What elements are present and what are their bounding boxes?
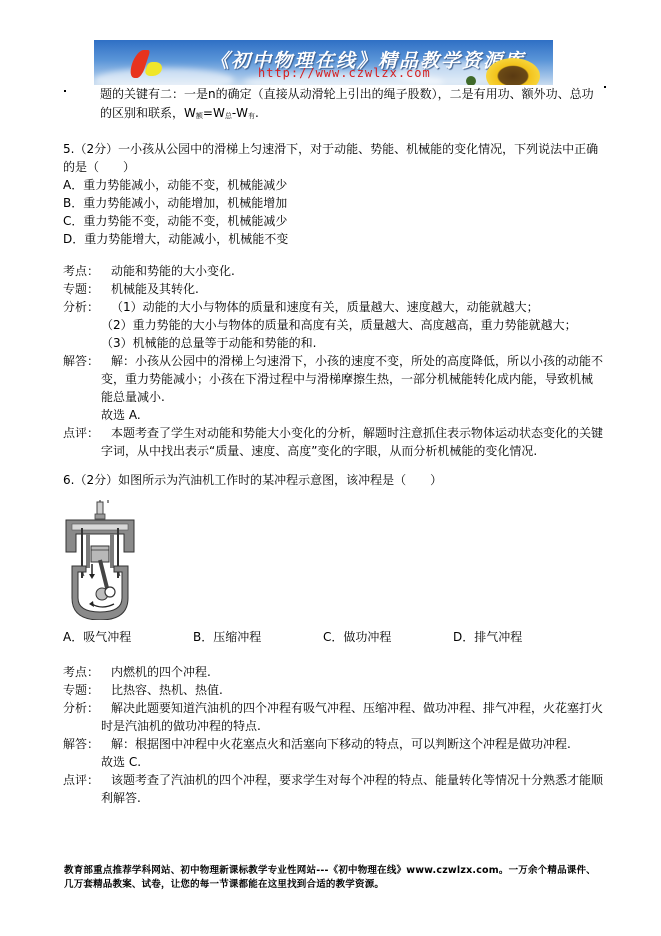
stray-dot [64,90,66,92]
q6-fenxi: 分析：解决此题要知道汽油机的四个冲程有吸气冲程、压缩冲程、做功冲程、排气冲程，火… [63,700,603,717]
kaodian-label: 考点： [63,263,111,280]
q5-dianping: 点评：本题考查了学生对动能和势能大小变化的分析，解题时注意抓住表示物体运动状态变… [63,425,603,442]
q6-option-b[interactable]: B．压缩冲程 [193,629,261,646]
engine-stroke-diagram-icon [64,500,136,620]
q6-option-a[interactable]: A．吸气冲程 [63,629,131,646]
jieda-label: 解答： [63,736,111,753]
q6-option-d[interactable]: D．排气冲程 [453,629,522,646]
fenxi-label: 分析： [63,700,111,717]
q6-answer: 故选 C. [101,754,141,771]
q5-dianping-2: 字词，从中找出表示“质量、速度、高度”变化的字眼，从而分析机械能的变化情况. [101,443,537,460]
q5-option-d[interactable]: D．重力势能增大，动能减小，机械能不变 [63,231,288,248]
dianping-label: 点评： [63,772,111,789]
q6-fenxi-2: 时是汽油机的做功冲程的特点. [101,718,261,735]
zhuanti-label: 专题： [63,281,111,298]
q6-dianping: 点评：该题考查了汽油机的四个冲程，要求学生对每个冲程的特点、能量转化等情况十分熟… [63,772,603,789]
q5-option-b[interactable]: B．重力势能减小，动能增加，机械能增加 [63,195,287,212]
formula: W额=W总-W有. [184,106,259,120]
q6-option-c[interactable]: C．做功冲程 [323,629,391,646]
q5-fenxi-3: （3）机械能的总量等于动能和势能的和. [101,335,316,352]
q5-zhuanti: 专题：机械能及其转化. [63,281,199,298]
fenxi-label: 分析： [63,299,111,316]
q6-zhuanti: 专题：比热容、热机、热值. [63,682,223,699]
q6-dianping-2: 利解答. [101,790,141,807]
intro-line-2: 的区别和联系，W额=W总-W有. [100,105,259,125]
zhuanti-label: 专题： [63,682,111,699]
sunflower-icon [486,58,540,85]
banner-url[interactable]: http://www.czwlzx.com [258,66,431,80]
q5-jieda-3: 能总量减小. [101,389,165,406]
header-banner: 《初中物理在线》精品教学资源库 http://www.czwlzx.com [94,40,553,85]
q5-fenxi-2: （2）重力势能的大小与物体的质量和高度有关，质量越大、高度越高，重力势能就越大； [101,317,577,334]
q5-answer: 故选 A. [101,407,141,424]
q5-option-c[interactable]: C．重力势能不变，动能不变，机械能减少 [63,213,287,230]
intro-line-1: 题的关键有二：一是n的确定（直接从动滑轮上引出的绳子股数），二是有用功、额外功、… [100,86,594,103]
dianping-label: 点评： [63,425,111,442]
kaodian-label: 考点： [63,664,111,681]
q6-kaodian: 考点：内燃机的四个冲程. [63,664,211,681]
footer-line-1: 教育部重点推荐学科网站、初中物理新课标教学专业性网站---《初中物理在线》www… [64,864,596,877]
q5-fenxi: 分析：（1）动能的大小与物体的质量和速度有关，质量越大、速度越大，动能就越大； [63,299,539,316]
intro-line-2-prefix: 的区别和联系， [100,106,184,120]
q6-jieda: 解答：解：根据图中冲程中火花塞点火和活塞向下移动的特点，可以判断这个冲程是做功冲… [63,736,571,753]
q5-stem-line-2: 的是（ ） [63,159,135,176]
leaf-icon [466,76,476,85]
jieda-label: 解答： [63,353,111,370]
q5-jieda: 解答：解：小孩从公园中的滑梯上匀速滑下，小孩的速度不变，所处的高度降低，所以小孩… [63,353,603,370]
q6-stem: 6.（2分）如图所示为汽油机工作时的某冲程示意图，该冲程是（ ） [63,472,442,489]
q5-option-a[interactable]: A．重力势能减小，动能不变，机械能减少 [63,177,287,194]
q5-kaodian: 考点：动能和势能的大小变化. [63,263,235,280]
footer-line-2: 几万套精品教案、试卷，让您的每一节课都能在这里找到合适的教学资源。 [64,878,384,891]
q5-stem-line-1: 5.（2分）一小孩从公园中的滑梯上匀速滑下，对于动能、势能、机械能的变化情况，下… [63,141,598,158]
q5-jieda-2: 变，重力势能减小；小孩在下滑过程中与滑梯摩擦生热，一部分机械能转化成内能，导致机… [101,371,593,388]
stray-dot [604,86,606,88]
